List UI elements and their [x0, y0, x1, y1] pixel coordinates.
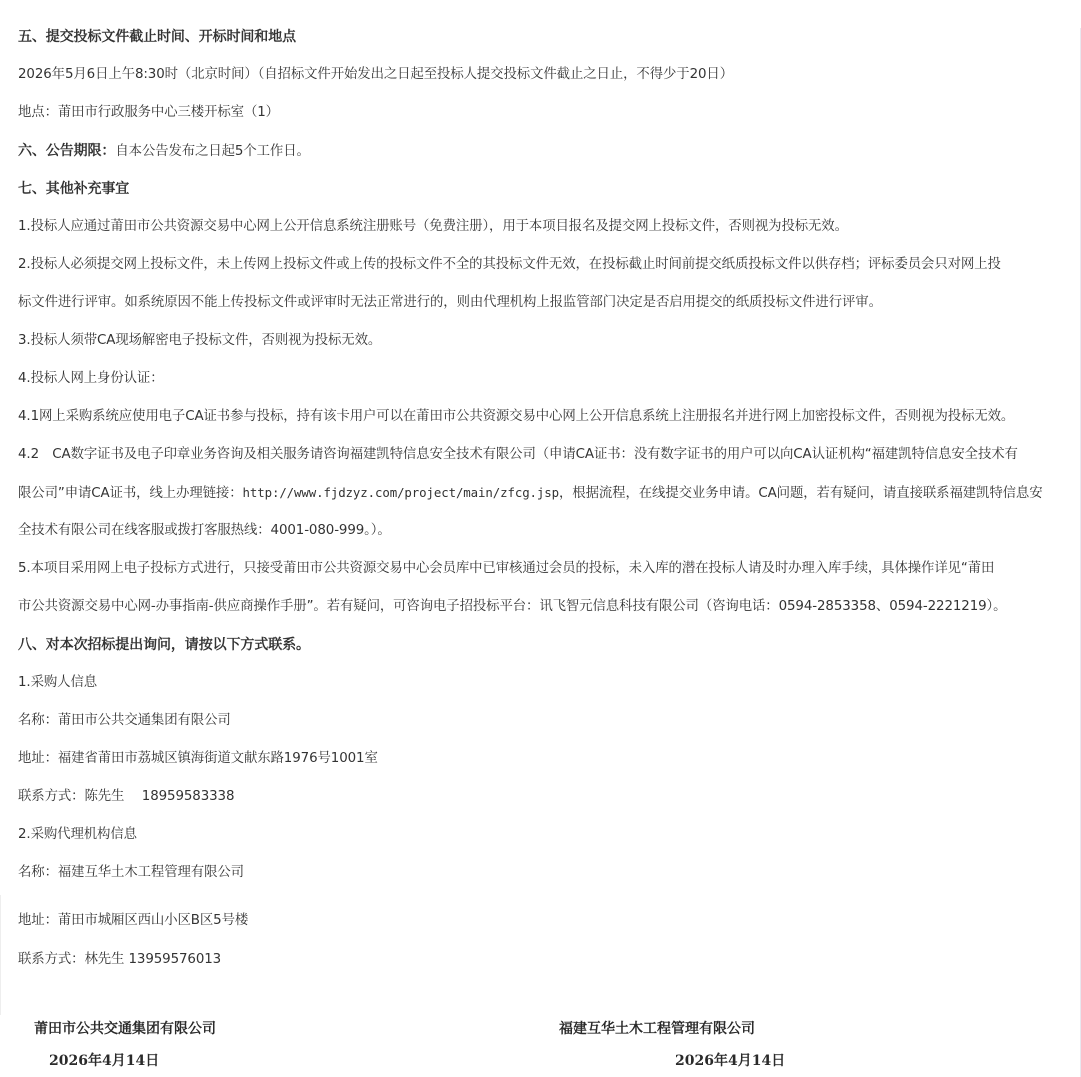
item-4-2-prefix: 限公司”申请CA证书，线上办理链接： [18, 486, 243, 501]
item-2-cont: 标文件进行评审。如系统原因不能上传投标文件或评审时无法正常进行的，则由代理机构上… [18, 294, 882, 312]
item-4-2-suffix: ，根据流程，在线提交业务申请。CA问题，若有疑问，请直接联系福建凯特信息安 [559, 486, 1042, 501]
agency-contact: 联系方式：林先生 13959576013 [18, 951, 221, 969]
agency-address: 地址：莆田市城厢区西山小区B区5号楼 [18, 912, 248, 930]
signature-agency-org: 福建互华土木工程管理有限公司 [559, 1020, 755, 1038]
notice-period: 六、公告期限：自本公告发布之日起5个工作日。 [18, 142, 310, 161]
purchaser-title: 1.采购人信息 [18, 674, 97, 692]
agency-name: 名称：福建互华土木工程管理有限公司 [18, 864, 244, 882]
signature-purchaser-org: 莆田市公共交通集团有限公司 [34, 1020, 216, 1038]
section-heading-contact: 八、对本次招标提出询问，请按以下方式联系。 [18, 636, 310, 654]
notice-period-text: 自本公告发布之日起5个工作日。 [115, 144, 310, 159]
purchaser-contact: 联系方式：陈先生 18959583338 [18, 788, 234, 806]
item-4: 4.投标人网上身份认证： [18, 370, 163, 388]
signature-agency-date: 2026年4月14日 [675, 1052, 785, 1070]
purchaser-name: 名称：莆田市公共交通集团有限公司 [18, 712, 231, 730]
section-heading-other-matters: 七、其他补充事宜 [18, 180, 129, 198]
page-border-left [0, 895, 1, 1015]
item-3: 3.投标人须带CA现场解密电子投标文件，否则视为投标无效。 [18, 332, 381, 350]
section-heading-notice-period: 六、公告期限： [18, 143, 115, 159]
item-4-2: 4.2 CA数字证书及电子印章业务咨询及相关服务请咨询福建凯特信息安全技术有限公… [18, 446, 1018, 464]
item-4-1: 4.1网上采购系统应使用电子CA证书参与投标，持有该卡用户可以在莆田市公共资源交… [18, 408, 1014, 426]
location-text: 地点：莆田市行政服务中心三楼开标室（1） [18, 104, 279, 122]
item-4-2-end: 全技术有限公司在线客服或拨打客服热线：4001-080-999。）。 [18, 522, 391, 540]
purchaser-address: 地址：福建省莆田市荔城区镇海街道文献东路1976号1001室 [18, 750, 378, 768]
ca-application-link[interactable]: http://www.fjdzyz.com/project/main/zfcg.… [243, 485, 559, 500]
section-heading-deadline: 五、提交投标文件截止时间、开标时间和地点 [18, 28, 296, 46]
agency-title: 2.采购代理机构信息 [18, 826, 137, 844]
item-5-cont: 市公共资源交易中心网-办事指南-供应商操作手册”。若有疑问，可咨询电子招投标平台… [18, 598, 1006, 616]
signature-purchaser-date: 2026年4月14日 [49, 1052, 159, 1070]
deadline-text: 2026年5月6日上午8:30时（北京时间）（自招标文件开始发出之日起至投标人提… [18, 66, 733, 84]
item-1: 1.投标人应通过莆田市公共资源交易中心网上公开信息系统注册账号（免费注册），用于… [18, 218, 848, 236]
item-4-2-cont: 限公司”申请CA证书，线上办理链接：http://www.fjdzyz.com/… [18, 484, 1042, 503]
item-2: 2.投标人必须提交网上投标文件，未上传网上投标文件或上传的投标文件不全的其投标文… [18, 256, 1001, 274]
item-5: 5.本项目采用网上电子投标方式进行，只接受莆田市公共资源交易中心会员库中已审核通… [18, 560, 994, 578]
